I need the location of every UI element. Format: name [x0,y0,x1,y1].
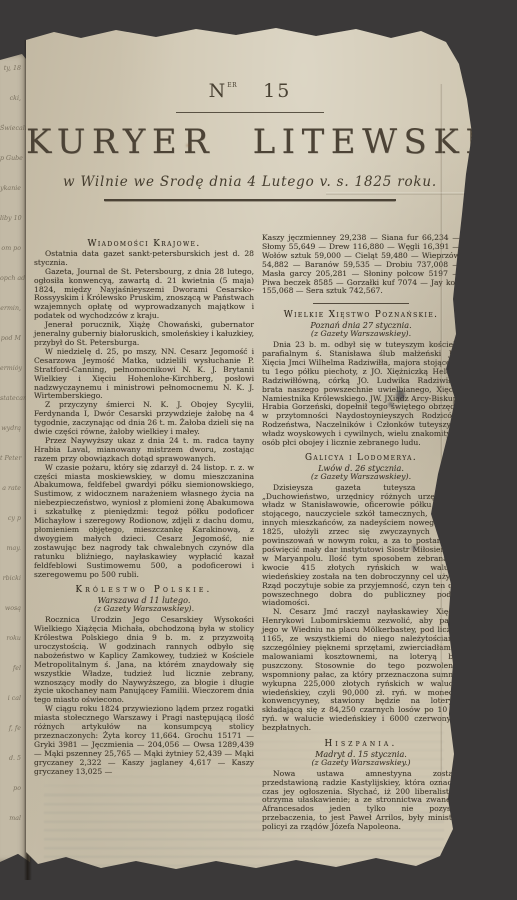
paper-speck [186,144,190,147]
newspaper-page: Ner15 KURYER LITEWSKI w Wilnie we Srodę … [26,24,474,876]
section-heading: Wiadomości Krajowe. [34,240,254,249]
body-paragraph: Przez Naywyższy ukaz z dnia 24 t. m. rad… [34,437,254,464]
issue-number: Ner15 [26,80,474,102]
ink-stain [396,390,405,401]
source-note: (z Gazety Warszawskiey.) [262,759,460,768]
body-paragraph: Nowa ustawa amnestyyna została przedstaw… [262,770,460,832]
body-paragraph: Z przyczyny śmierci N. K. J. Obojey Sycy… [34,401,254,437]
body-paragraph: Dzisieysza gazeta tuteysza pisze: „Ducho… [262,484,460,609]
header-divider [104,199,396,201]
source-note: (z Gazety Warszawskiey). [262,330,460,339]
column-left: Wiadomości Krajowe.Ostatnia data gazet s… [34,234,254,776]
body-paragraph: Dnia 23 b. m. odbył się w tuteyszym kośc… [262,341,460,448]
body-paragraph: N. Cesarz Jmć raczył nayłaskawiey Xięciu… [262,608,460,733]
section-divider [313,303,409,304]
section-heading: Galicya i Lodomerya. [262,454,460,463]
column-right: Kaszy jęczmienney 29,238 — Siana fur 66,… [262,234,460,832]
body-paragraph: Gazeta, Journal de St. Petersbourg, z dn… [34,268,254,321]
section-heading: Hiszpania. [262,740,460,749]
body-paragraph: W czasie pożaru, który się zdarzył d. 24… [34,464,254,580]
source-note: (z Gazety Warszawskiey). [262,473,460,482]
body-paragraph: W ciągu roku 1824 przywieziono lądem prz… [34,705,254,776]
newspaper-scan: ty, 18cki,Świecalickip Gubeykanieliby 10… [0,0,517,900]
ink-stain [388,402,393,407]
ink-stain [411,544,417,552]
body-paragraph: Rocznica Urodzin Jego Cesarskiey Wysokoś… [34,616,254,705]
section-heading: Królestwo Polskie. [34,586,254,595]
issue-dateline: w Wilnie we Srodę dnia 4 Lutego v. s. 18… [26,174,474,190]
source-note: (z Gazety Warszawskiey). [34,605,254,614]
section-heading: Wielkie Xięstwo Poznańskie. [262,311,460,320]
body-paragraph: Ostatnia data gazet sankt-petersburskich… [34,250,254,268]
body-paragraph: Kaszy jęczmienney 29,238 — Siana fur 66,… [262,234,460,296]
body-paragraph: Jenerał porucznik, Xiążę Chowański, gube… [34,321,254,348]
newspaper-title: KURYER LITEWSKI [26,122,474,162]
masthead-divider [176,112,324,113]
masthead: Ner15 KURYER LITEWSKI w Wilnie we Srodę … [26,24,474,201]
body-paragraph: W niedzielę d. 25, po mszy, NN. Cesarz J… [34,348,254,401]
